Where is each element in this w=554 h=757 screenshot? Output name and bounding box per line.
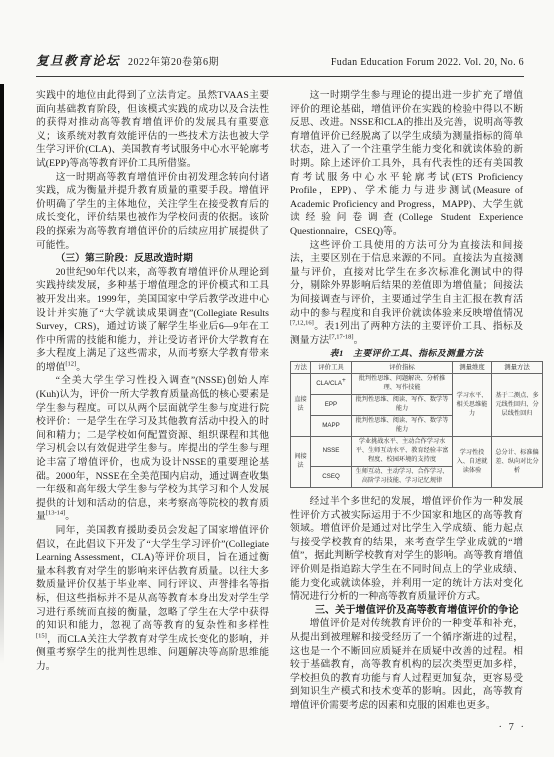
paragraph-text: 同年，美国教育援助委员会发起了国家增值评价倡议，在此倡议下开发了“大学生学习评价…: [36, 525, 269, 631]
paragraph-text: 这些评价工具使用的方法可分为直接法和间接法，主要区别在于信息来源的不同。直接法为…: [290, 240, 523, 319]
paragraph: 实践中的地位由此得到了立法肯定。虽然TVAAS主要面向基础教育阶段，但该模式实践…: [36, 89, 269, 171]
cell-measure: 基于二测点、多元线性回归、分层线性回归: [492, 374, 543, 437]
cell-dimension: 学习性投入、自述就读体验: [453, 437, 492, 488]
cell-indicators: 批判性思维、阅读、写作、数学等能力: [352, 416, 453, 437]
section-heading: 三、关于增值评价及高等教育增值评价的争论: [290, 604, 523, 618]
col-header-indicators: 评价指标: [352, 361, 453, 373]
subsection-heading: （三）第三阶段：反思改造时期: [36, 252, 269, 266]
header-rule: [36, 76, 524, 77]
journal-title-cn: 复旦教育论坛: [36, 51, 120, 69]
col-header-tool: 评价工具: [311, 361, 352, 373]
cell-method-direct: 直接法: [291, 374, 311, 437]
citation-ref: [13-14]: [46, 510, 66, 517]
table-caption: 表1 主要评价工具、指标及测量方法: [290, 347, 523, 361]
evaluation-tools-table: 方法 评价工具 评价指标 测量维度 测量方法 直接法 CLA/CLA+ 批判性思…: [290, 361, 543, 488]
cell-measure: 总分计、标准偏差、纵向对比分析: [492, 437, 543, 488]
paragraph-text: 。表1列出了两种方法的主要评价工具、指标及测量方法: [290, 321, 523, 346]
citation-ref: [12]: [65, 361, 76, 368]
header-left: 复旦教育论坛 2022年第20卷第6期: [36, 51, 219, 69]
cell-indicators: 批判性思维、阅读、写作、数学等能力: [352, 395, 453, 416]
citation-ref: [15]: [36, 632, 47, 639]
cell-method-indirect: 间接法: [291, 437, 311, 488]
tool-sup: +: [342, 377, 346, 384]
paragraph-text: 。: [354, 335, 364, 346]
paragraph: 同年，美国教育援助委员会发起了国家增值评价倡议，在此倡议下开发了“大学生学习评价…: [36, 524, 269, 674]
journal-page: 复旦教育论坛 2022年第20卷第6期 Fudan Education Foru…: [0, 0, 554, 757]
cell-indicators: 学业挑战水平、主动合作学习水平、生师互动水平、教育经验丰富程度、校园环境的支持度: [352, 437, 453, 467]
right-column: 这一时期学生参与理论的提出进一步扩充了增值评价的理论基础，增值评价在实践的检验中…: [290, 89, 523, 712]
col-header-method: 方法: [291, 361, 311, 373]
cell-indicators: 批判性思维、问题解决、分析推理、写作技能: [352, 374, 453, 395]
table-row: 间接法 NSSE 学业挑战水平、主动合作学习水平、生师互动水平、教育经验丰富程度…: [291, 437, 543, 467]
tool-name: CLA/CLA: [316, 380, 342, 387]
table-row: 直接法 CLA/CLA+ 批判性思维、问题解决、分析推理、写作技能 学习水平、相…: [291, 374, 543, 395]
cell-tool: EPP: [311, 395, 352, 416]
paragraph-text: 。: [76, 362, 86, 373]
col-header-dimension: 测量维度: [453, 361, 492, 373]
citation-ref: [7,12,16]: [290, 320, 314, 327]
paragraph: 20世纪90年代以来，高等教育增值评价从理论到实践持续发展，多种基于增值理念的评…: [36, 266, 269, 375]
cell-tool: CLA/CLA+: [311, 374, 352, 395]
paragraph: 增值评价是对传统教育评价的一种变革和补充，从提出到被理解和接受经历了一个循序渐进…: [290, 617, 523, 712]
col-header-measure: 测量方法: [492, 361, 543, 373]
paragraph: 这一时期学生参与理论的提出进一步扩充了增值评价的理论基础，增值评价在实践的检验中…: [290, 89, 523, 239]
cell-tool: CSEQ: [311, 467, 352, 488]
two-column-body: 实践中的地位由此得到了立法肯定。虽然TVAAS主要面向基础教育阶段，但该模式实践…: [36, 89, 524, 712]
paragraph: 这些评价工具使用的方法可分为直接法和间接法，主要区别在于信息来源的不同。直接法为…: [290, 239, 523, 348]
paragraph-text: 。: [65, 511, 75, 522]
scan-edge-artifact: [0, 84, 4, 664]
paragraph-text: ，而CLA关注大学教育对学生成长变化的影响，并侧重考察学生的批判性思维、问题解决…: [36, 634, 269, 672]
paragraph: 经过半个多世纪的发展，增值评价作为一种发展性评价方式被实际运用于不少国家和地区的…: [290, 495, 523, 604]
citation-ref: [7,17-18]: [329, 333, 353, 340]
paragraph-text: 20世纪90年代以来，高等教育增值评价从理论到实践持续发展，多种基于增值理念的评…: [36, 267, 269, 373]
paragraph: 这一时期高等教育增值评价由初发理念转向付诸实践，成为衡量并提升教育质量的重要手段…: [36, 171, 269, 253]
cell-tool: MAPP: [311, 416, 352, 437]
journal-issue-cn: 2022年第20卷第6期: [128, 53, 219, 68]
paragraph: “全美大学生学习性投入调查”(NSSE)创始人库(Kuh)认为，评价一所大学教育…: [36, 374, 269, 524]
page-header: 复旦教育论坛 2022年第20卷第6期 Fudan Education Foru…: [36, 51, 524, 69]
page-number: · 7 ·: [499, 722, 527, 733]
cell-tool: NSSE: [311, 437, 352, 467]
cell-dimension: 学习水平、相关思维能力: [453, 374, 492, 437]
cell-indicators: 生师互动、主动学习、合作学习、高阶学习技能、学习记忆规律: [352, 467, 453, 488]
journal-title-en: Fudan Education Forum 2022. Vol. 20, No.…: [331, 57, 524, 68]
table-header-row: 方法 评价工具 评价指标 测量维度 测量方法: [291, 361, 543, 373]
left-column: 实践中的地位由此得到了立法肯定。虽然TVAAS主要面向基础教育阶段，但该模式实践…: [36, 89, 269, 712]
paragraph-text: “全美大学生学习性投入调查”(NSSE)创始人库(Kuh)认为，评价一所大学教育…: [36, 375, 269, 522]
